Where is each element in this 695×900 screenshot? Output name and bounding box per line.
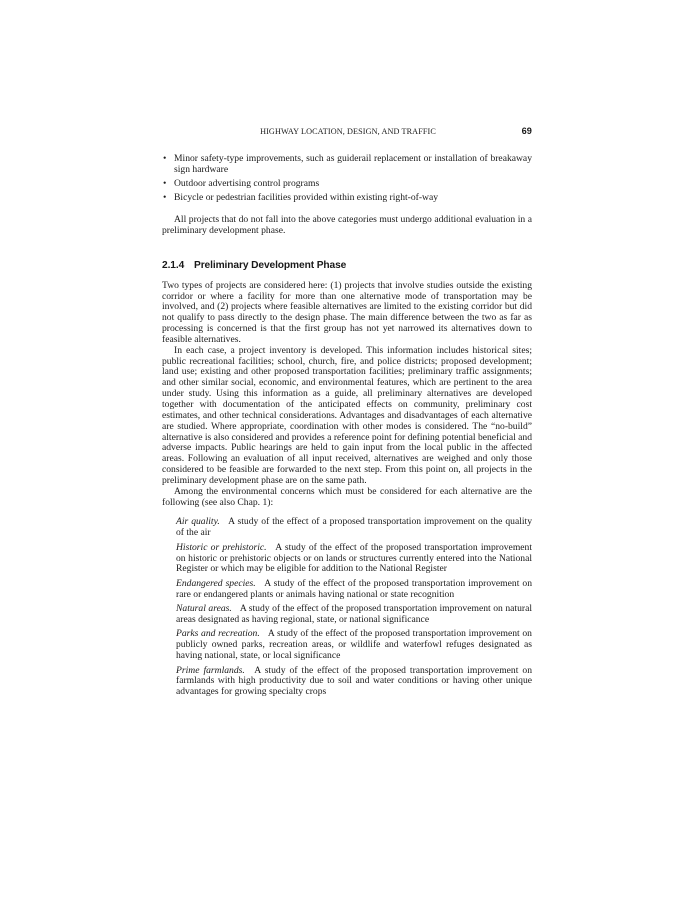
definition-term: Parks and recreation. [176,628,260,639]
page-number: 69 [522,126,532,136]
bullet-text: Outdoor advertising control programs [174,178,319,189]
page-body: • Minor safety-type improvements, such a… [162,154,532,698]
definition-term: Prime farmlands. [176,665,245,676]
running-head-title: HIGHWAY LOCATION, DESIGN, AND TRAFFIC [162,127,532,136]
definition-text: A study of the effect of a proposed tran… [176,516,532,538]
paragraph: In each case, a project inventory is dev… [162,346,532,487]
bullet-list: • Minor safety-type improvements, such a… [162,154,532,204]
definition-term: Historic or prehistoric. [176,542,267,553]
bullet-text: Bicycle or pedestrian facilities provide… [174,192,438,203]
section-number: 2.1.4 [162,261,194,272]
environmental-concerns-list: Air quality. A study of the effect of a … [176,517,532,698]
definition-term: Natural areas. [176,603,232,614]
definition-term: Air quality. [176,516,220,527]
bullet-item: • Outdoor advertising control programs [162,179,532,190]
bullet-icon: • [163,193,166,204]
definition-item: Prime farmlands. A study of the effect o… [176,666,532,699]
bullet-text: Minor safety-type improvements, such as … [174,153,532,175]
definition-term: Endangered species. [176,578,256,589]
definition-item: Historic or prehistoric. A study of the … [176,543,532,576]
definition-item: Air quality. A study of the effect of a … [176,517,532,539]
bullet-item: • Minor safety-type improvements, such a… [162,154,532,176]
definition-item: Endangered species. A study of the effec… [176,579,532,601]
intro-paragraph: All projects that do not fall into the a… [162,215,532,237]
bullet-icon: • [163,179,166,190]
section-heading: 2.1.4Preliminary Development Phase [162,261,532,272]
paragraph: Among the environmental concerns which m… [162,487,532,509]
paragraph: Two types of projects are considered her… [162,281,532,346]
section-title: Preliminary Development Phase [194,260,346,271]
definition-item: Parks and recreation. A study of the eff… [176,629,532,662]
definition-item: Natural areas. A study of the effect of … [176,604,532,626]
running-head: HIGHWAY LOCATION, DESIGN, AND TRAFFIC 69 [162,126,532,140]
bullet-item: • Bicycle or pedestrian facilities provi… [162,193,532,204]
bullet-icon: • [163,154,166,165]
book-page: HIGHWAY LOCATION, DESIGN, AND TRAFFIC 69… [162,126,532,702]
